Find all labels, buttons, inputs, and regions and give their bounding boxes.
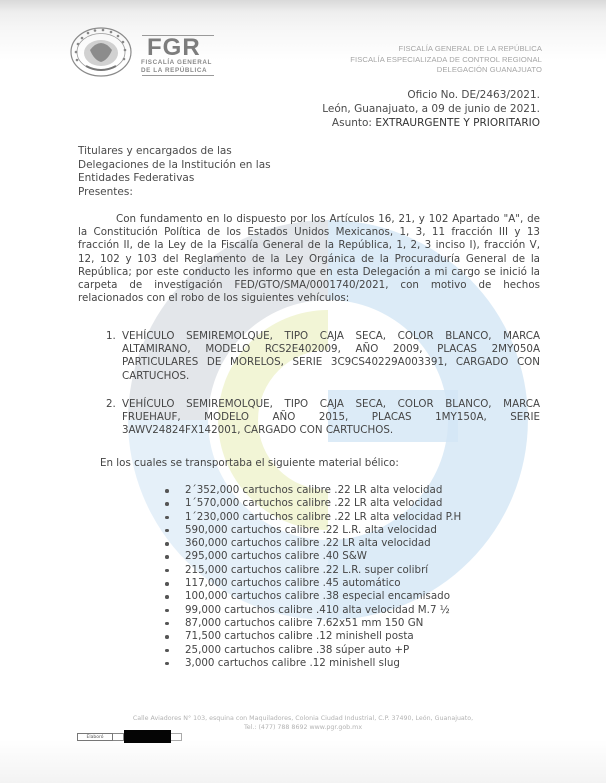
logo-subtitle-line: DE LA REPÚBLICA — [141, 67, 212, 75]
ammunition-list: 2´352,000 cartuchos calibre .22 LR alta … — [163, 484, 461, 670]
ammunition-item: 215,000 cartuchos calibre .22 L.R. super… — [163, 564, 461, 577]
ammunition-item: 2´352,000 cartuchos calibre .22 LR alta … — [163, 484, 461, 497]
elaboro-label: Elaboró — [77, 733, 113, 741]
place-date: León, Guanajuato, a 09 de junio de 2021. — [322, 102, 540, 116]
redaction-block — [124, 730, 171, 743]
fgr-logo: FGR — [147, 34, 201, 62]
document-page: FGR FISCALÍA GENERAL DE LA REPÚBLICA FIS… — [0, 0, 606, 783]
recipient-line: Delegaciones de la Institución en las — [78, 159, 271, 173]
body-paragraph: Con fundamento en lo dispuesto por los A… — [78, 213, 540, 305]
vehicle-number: 1. — [106, 330, 116, 343]
ammunition-item: 99,000 cartuchos calibre .410 alta veloc… — [163, 604, 461, 617]
ammunition-item: 1´230,000 cartuchos calibre .22 LR alta … — [163, 511, 461, 524]
material-intro: En los cuales se transportaba el siguien… — [100, 457, 399, 469]
asunto-value: EXTRAURGENTE Y PRIORITARIO — [375, 117, 540, 129]
vehicle-description: VEHÍCULO SEMIREMOLQUE, TIPO CAJA SECA, C… — [122, 398, 540, 436]
ammunition-item: 360,000 cartuchos calibre .22 LR alta ve… — [163, 537, 461, 550]
address-line: Calle Aviadores N° 103, esquina con Maqu… — [0, 714, 606, 723]
asunto-label: Asunto: — [332, 117, 372, 129]
agency-line: DELEGACIÓN GUANAJUATO — [350, 65, 542, 76]
ammunition-item: 3,000 cartuchos calibre .12 minishell sl… — [163, 657, 461, 670]
recipient-line: Entidades Federativas — [78, 172, 271, 186]
vehicle-list: 1. VEHÍCULO SEMIREMOLQUE, TIPO CAJA SECA… — [100, 330, 540, 452]
recipients: Titulares y encargados de las Delegacion… — [78, 145, 271, 199]
contact-line: Tel.: (477) 788 8692 www.pgr.gob.mx — [0, 723, 606, 732]
recipient-line: Titulares y encargados de las — [78, 145, 271, 159]
vehicle-item: 2. VEHÍCULO SEMIREMOLQUE, TIPO CAJA SECA… — [100, 398, 540, 438]
vehicle-item: 1. VEHÍCULO SEMIREMOLQUE, TIPO CAJA SECA… — [100, 330, 540, 383]
oficio-number: Oficio No. DE/2463/2021. — [322, 88, 540, 102]
elaboro-cell — [171, 733, 182, 741]
reference-block: Oficio No. DE/2463/2021. León, Guanajuat… — [322, 88, 540, 130]
logo-subtitle-line: FISCALÍA GENERAL — [141, 59, 212, 67]
vehicle-description: VEHÍCULO SEMIREMOLQUE, TIPO CAJA SECA, C… — [122, 330, 540, 382]
elaboro-cell — [113, 733, 124, 741]
ammunition-item: 87,000 cartuchos calibre 7.62x51 mm 150 … — [163, 617, 461, 630]
asunto: Asunto: EXTRAURGENTE Y PRIORITARIO — [322, 116, 540, 130]
elaboro-box: Elaboró — [77, 733, 182, 741]
ammunition-item: 117,000 cartuchos calibre .45 automático — [163, 577, 461, 590]
agency-line: FISCALÍA GENERAL DE LA REPÚBLICA — [350, 44, 542, 55]
recipient-line: Presentes: — [78, 186, 271, 200]
ammunition-item: 71,500 cartuchos calibre .12 minishell p… — [163, 630, 461, 643]
ammunition-item: 100,000 cartuchos calibre .38 especial e… — [163, 590, 461, 603]
ammunition-item: 295,000 cartuchos calibre .40 S&W — [163, 550, 461, 563]
logo-divider — [142, 75, 214, 76]
footer-address: Calle Aviadores N° 103, esquina con Maqu… — [0, 714, 606, 732]
fgr-logo-subtitle: FISCALÍA GENERAL DE LA REPÚBLICA — [141, 59, 212, 74]
vehicle-number: 2. — [106, 398, 116, 411]
agency-header: FISCALÍA GENERAL DE LA REPÚBLICA FISCALÍ… — [350, 44, 542, 76]
agency-line: FISCALÍA ESPECIALIZADA DE CONTROL REGION… — [350, 55, 542, 66]
ammunition-item: 25,000 cartuchos calibre .38 súper auto … — [163, 644, 461, 657]
ammunition-item: 590,000 cartuchos calibre .22 L.R. alta … — [163, 524, 461, 537]
ammunition-item: 1´570,000 cartuchos calibre .22 LR alta … — [163, 497, 461, 510]
mexico-seal-icon — [68, 26, 134, 78]
